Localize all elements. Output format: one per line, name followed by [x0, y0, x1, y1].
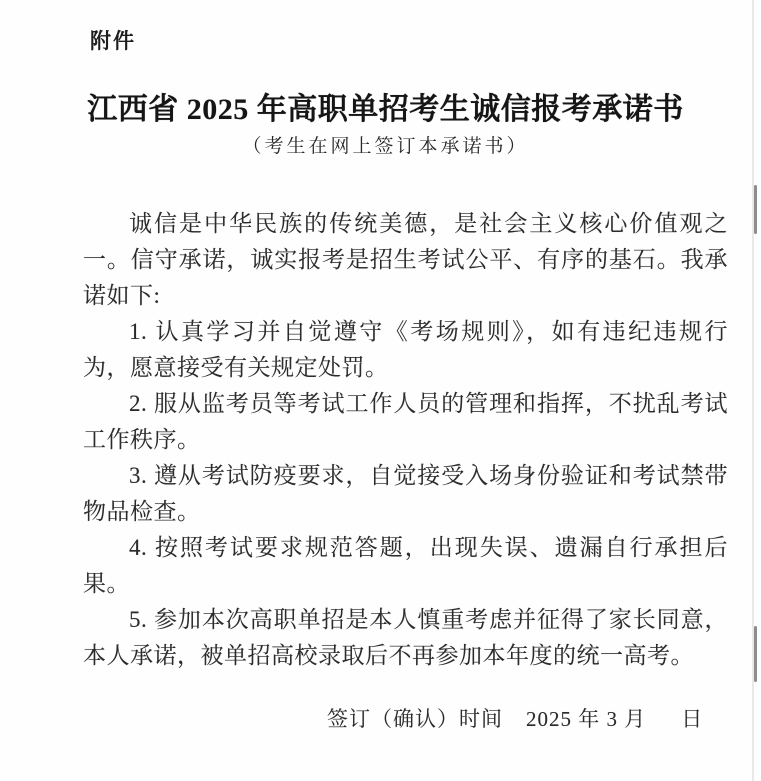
document-subtitle: （考生在网上签订本承诺书）: [83, 131, 688, 158]
commitment-item-2: 2. 服从监考员等考试工作人员的管理和指挥，不扰乱考试工作秩序。: [83, 386, 728, 458]
signature-line: 签订（确认）时间2025 年 3 月日: [327, 703, 703, 733]
signature-day-suffix: 日: [681, 707, 703, 731]
scan-artifact-mark-upper: [754, 185, 757, 234]
intro-paragraph: 诚信是中华民族的传统美德，是社会主义核心价值观之一。信守承诺，诚实报考是招生考试…: [83, 206, 728, 314]
commitment-item-4: 4. 按照考试要求规范答题，出现失误、遗漏自行承担后果。: [83, 530, 728, 602]
signature-time-label: 签订（确认）时间: [327, 707, 503, 731]
commitment-item-5: 5. 参加本次高职单招是本人慎重考虑并征得了家长同意，本人承诺，被单招高校录取后…: [83, 602, 728, 674]
attachment-label: 附件: [90, 25, 136, 55]
commitment-body: 诚信是中华民族的传统美德，是社会主义核心价值观之一。信守承诺，诚实报考是招生考试…: [83, 206, 728, 674]
document-page: 附件 江西省 2025 年高职单招考生诚信报考承诺书 （考生在网上签订本承诺书）…: [0, 0, 761, 781]
scan-artifact-mark-lower: [754, 626, 757, 682]
document-title: 江西省 2025 年高职单招考生诚信报考承诺书: [83, 84, 688, 128]
commitment-item-1: 1. 认真学习并自觉遵守《考场规则》，如有违纪违规行为，愿意接受有关规定处罚。: [83, 314, 728, 386]
signature-date: 2025 年 3 月: [526, 707, 646, 731]
commitment-item-3: 3. 遵从考试防疫要求，自觉接受入场身份验证和考试禁带物品检查。: [83, 458, 728, 530]
